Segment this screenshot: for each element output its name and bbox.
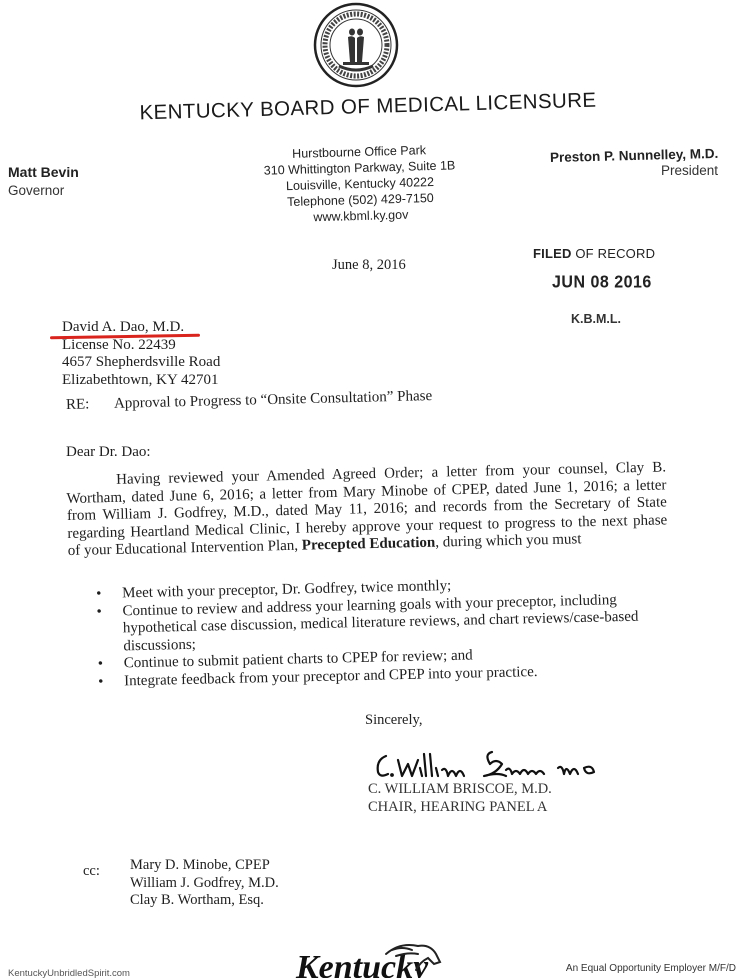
signer-block: C. WILLIAM BRISCOE, M.D. CHAIR, HEARING …	[368, 780, 552, 816]
filed-stamp-agency: K.B.M.L.	[571, 312, 621, 326]
handwritten-signature	[372, 744, 612, 784]
filed-stamp-rest: OF RECORD	[572, 246, 656, 261]
body-paragraph: Having reviewed your Amended Agreed Orde…	[66, 459, 668, 561]
subject-label: RE:	[66, 396, 114, 414]
cc-label: cc:	[83, 863, 100, 880]
filed-stamp-label: FILED OF RECORD	[533, 246, 655, 261]
kentucky-logo: Kentucky	[290, 940, 450, 978]
footer-eoe-statement: An Equal Opportunity Employer M/F/D	[566, 963, 736, 974]
signer-name: C. WILLIAM BRISCOE, M.D.	[368, 780, 552, 798]
recipient-street: 4657 Shepherdsville Road	[62, 354, 220, 372]
president-title: President	[661, 163, 718, 178]
signer-title: CHAIR, HEARING PANEL A	[368, 798, 552, 816]
recipient-license: License No. 22439	[62, 337, 220, 355]
governor-name: Matt Bevin	[8, 164, 79, 180]
cc-recipient: William J. Godfrey, M.D.	[130, 875, 279, 893]
plan-phase-bold: Precepted Education	[302, 535, 436, 554]
letter-date: June 8, 2016	[332, 257, 406, 274]
governor-title: Governor	[8, 183, 64, 198]
cc-recipient: Clay B. Wortham, Esq.	[130, 892, 279, 910]
salutation: Dear Dr. Dao:	[66, 444, 151, 461]
cc-list: Mary D. Minobe, CPEP William J. Godfrey,…	[130, 857, 279, 910]
valediction: Sincerely,	[365, 712, 422, 729]
board-name-heading: KENTUCKY BOARD OF MEDICAL LICENSURE	[0, 85, 736, 130]
requirements-list: Meet with your preceptor, Dr. Godfrey, t…	[96, 573, 678, 692]
recipient-city: Elizabethtown, KY 42701	[62, 372, 220, 390]
cc-recipient: Mary D. Minobe, CPEP	[130, 857, 279, 875]
subject-text: Approval to Progress to “Onsite Consulta…	[114, 388, 433, 412]
body-text: , during which you must	[435, 532, 582, 551]
filed-stamp-date: JUN 08 2016	[552, 273, 652, 293]
state-seal-icon	[313, 2, 399, 88]
board-address: Hurstbourne Office Park 310 Whittington …	[239, 141, 481, 228]
filed-stamp-bold: FILED	[533, 246, 572, 261]
recipient-address-block: David A. Dao, M.D. License No. 22439 465…	[62, 319, 220, 389]
subject-line: RE:Approval to Progress to “Onsite Consu…	[66, 388, 433, 414]
footer-website-link[interactable]: KentuckyUnbridledSpirit.com	[8, 968, 130, 978]
